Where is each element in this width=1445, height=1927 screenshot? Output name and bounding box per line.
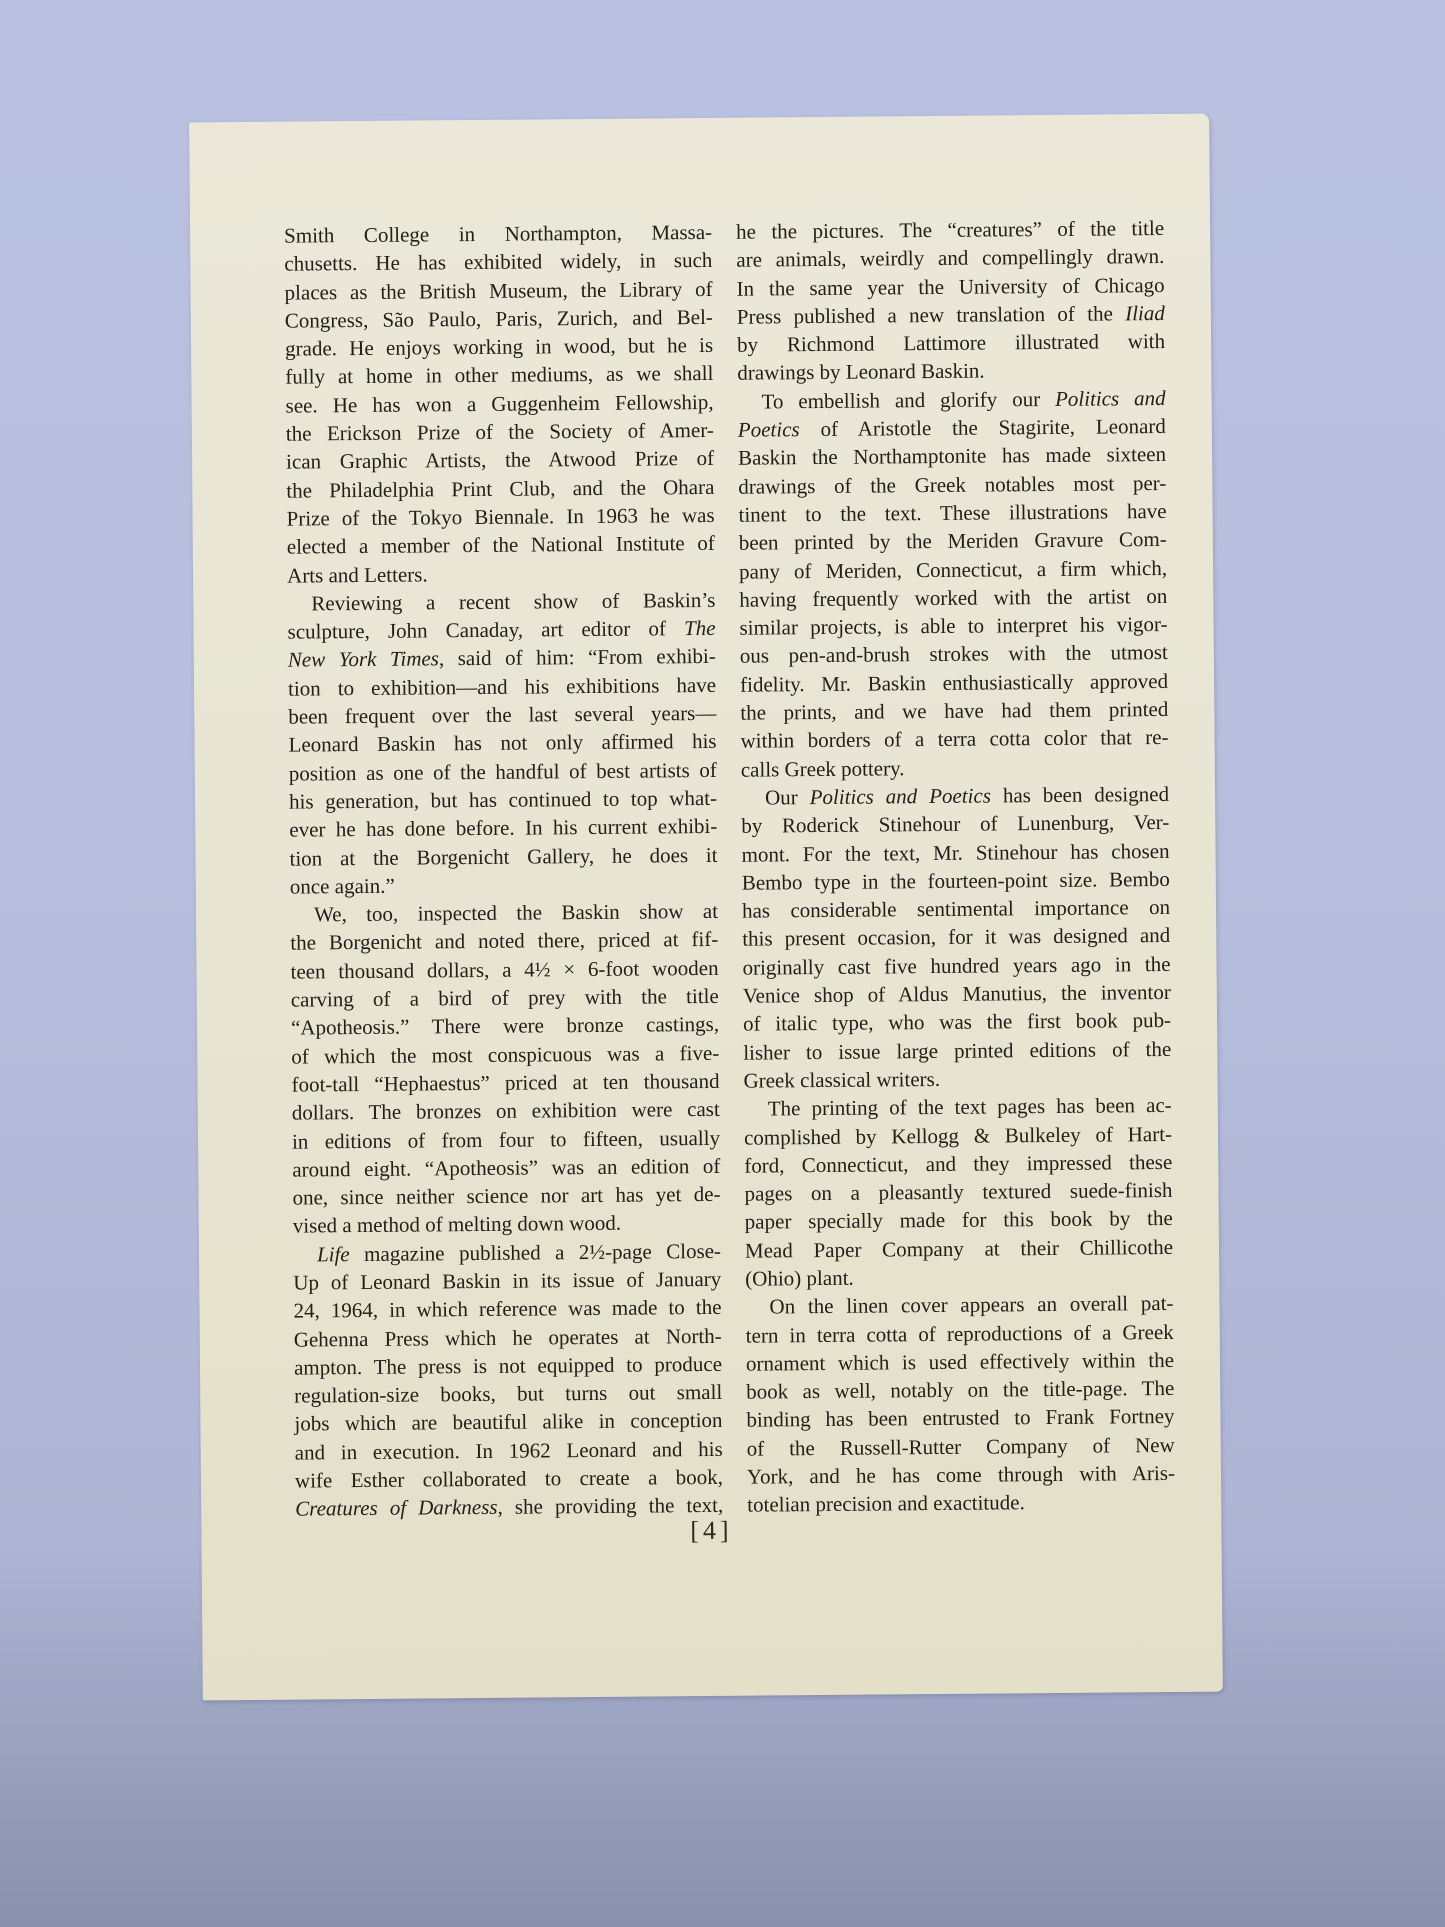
- text-line: he the pictures. The “creatures” of the …: [736, 214, 1164, 246]
- text-line: binding has been entrusted to Frank Fort…: [746, 1402, 1174, 1434]
- text-line: wife Esther collaborated to create a boo…: [295, 1463, 723, 1495]
- text-line: of italic type, who was the first book p…: [743, 1006, 1171, 1038]
- text-line: originally cast five hundred years ago i…: [742, 950, 1170, 982]
- text-line: dollars. The bronzes on exhibition were …: [292, 1095, 720, 1127]
- text-line: York, and he has come through with Aris-: [747, 1459, 1175, 1491]
- text-line: elected a member of the National Institu…: [287, 529, 715, 561]
- text-line: Life magazine published a 2½-page Close-: [293, 1237, 721, 1269]
- text-line: see. He has won a Guggenheim Fellowship,: [285, 388, 713, 420]
- text-line: fidelity. Mr. Baskin enthusiastically ap…: [740, 667, 1168, 699]
- text-line: has considerable sentimental importance …: [742, 893, 1170, 925]
- text-line: chusetts. He has exhibited widely, in su…: [284, 246, 712, 278]
- text-line: Prize of the Tokyo Biennale. In 1963 he …: [286, 501, 714, 533]
- text-line: vised a method of melting down wood.: [293, 1208, 721, 1240]
- text-columns: Smith College in Northampton, Massa-chus…: [284, 214, 1175, 1523]
- text-line: in editions of from four to fifteen, usu…: [292, 1123, 720, 1155]
- text-line: within borders of a terra cotta color th…: [740, 723, 1168, 755]
- text-line: ford, Connecticut, and they impressed th…: [744, 1148, 1172, 1180]
- text-line: Reviewing a recent show of Baskin’s: [287, 586, 715, 618]
- text-line: complished by Kellogg & Bulkeley of Hart…: [744, 1119, 1172, 1151]
- text-line: Our Politics and Poetics has been design…: [741, 780, 1169, 812]
- text-line: once again.”: [290, 869, 718, 901]
- text-line: been printed by the Meriden Gravure Com-: [739, 525, 1167, 557]
- text-line: paper specially made for this book by th…: [745, 1204, 1173, 1236]
- text-line: Gehenna Press which he operates at North…: [294, 1321, 722, 1353]
- text-line: ican Graphic Artists, the Atwood Prize o…: [286, 444, 714, 476]
- text-line: carving of a bird of prey with the title: [291, 982, 719, 1014]
- text-line: ornament which is used effectively withi…: [746, 1346, 1174, 1378]
- text-line: lisher to issue large printed editions o…: [743, 1035, 1171, 1067]
- text-line: Congress, São Paulo, Paris, Zurich, and …: [285, 303, 713, 335]
- text-line: 24, 1964, in which reference was made to…: [293, 1293, 721, 1325]
- text-line: We, too, inspected the Baskin show at: [290, 897, 718, 929]
- printed-page: Smith College in Northampton, Massa-chus…: [189, 114, 1223, 1701]
- text-line: around eight. “Apotheosis” was an editio…: [292, 1152, 720, 1184]
- text-line: ever he has done before. In his current …: [289, 812, 717, 844]
- text-line: the Borgenicht and noted there, priced a…: [290, 925, 718, 957]
- text-line: foot-tall “Hephaestus” priced at ten tho…: [291, 1067, 719, 1099]
- text-line: regulation-size books, but turns out sma…: [294, 1378, 722, 1410]
- text-line: tinent to the text. These illustrations …: [738, 497, 1166, 529]
- text-line: similar projects, is able to interpret h…: [739, 610, 1167, 642]
- text-line: tern in terra cotta of reproductions of …: [746, 1318, 1174, 1350]
- text-line: Bembo type in the fourteen-point size. B…: [742, 865, 1170, 897]
- text-line: Poetics of Aristotle the Stagirite, Leon…: [738, 412, 1166, 444]
- text-line: the prints, and we have had them printed: [740, 695, 1168, 727]
- text-line: To embellish and glorify our Politics an…: [737, 384, 1165, 416]
- text-line: tion at the Borgenicht Gallery, he does …: [289, 840, 717, 872]
- text-line: places as the British Museum, the Librar…: [284, 275, 712, 307]
- text-line: pany of Meriden, Connecticut, a firm whi…: [739, 554, 1167, 586]
- left-column: Smith College in Northampton, Massa-chus…: [284, 218, 723, 1523]
- text-line: by Richmond Lattimore illustrated with: [737, 327, 1165, 359]
- text-line: (Ohio) plant.: [745, 1261, 1173, 1293]
- text-line: of which the most conspicuous was a five…: [291, 1038, 719, 1070]
- text-line: position as one of the handful of best a…: [289, 756, 717, 788]
- text-line: grade. He enjoys working in wood, but he…: [285, 331, 713, 363]
- text-line: Mead Paper Company at their Chillicothe: [745, 1233, 1173, 1265]
- text-line: In the same year the University of Chica…: [736, 271, 1164, 303]
- text-line: New York Times, said of him: “From exhib…: [288, 642, 716, 674]
- text-line: On the linen cover appears an overall pa…: [745, 1289, 1173, 1321]
- text-line: drawings of the Greek notables most per-: [738, 469, 1166, 501]
- text-line: this present occasion, for it was design…: [742, 921, 1170, 953]
- text-line: the Philadelphia Print Club, and the Oha…: [286, 473, 714, 505]
- text-line: are animals, weirdly and compellingly dr…: [736, 242, 1164, 274]
- text-line: teen thousand dollars, a 4½ × 6-foot woo…: [290, 954, 718, 986]
- text-line: Smith College in Northampton, Massa-: [284, 218, 712, 250]
- text-line: tion to exhibition—and his exhibitions h…: [288, 671, 716, 703]
- text-line: The printing of the text pages has been …: [744, 1091, 1172, 1123]
- text-line: ous pen-and-brush strokes with the utmos…: [740, 638, 1168, 670]
- text-line: been frequent over the last several year…: [288, 699, 716, 731]
- text-line: Venice shop of Aldus Manutius, the inven…: [743, 978, 1171, 1010]
- text-line: jobs which are beautiful alike in concep…: [294, 1406, 722, 1438]
- text-line: drawings by Leonard Baskin.: [737, 355, 1165, 387]
- text-line: mont. For the text, Mr. Stinehour has ch…: [741, 836, 1169, 868]
- text-line: pages on a pleasantly textured suede-fin…: [744, 1176, 1172, 1208]
- text-line: Greek classical writers.: [743, 1063, 1171, 1095]
- right-column: he the pictures. The “creatures” of the …: [736, 214, 1175, 1519]
- text-line: Baskin the Northamptonite has made sixte…: [738, 440, 1166, 472]
- text-line: Leonard Baskin has not only affirmed his: [288, 727, 716, 759]
- text-line: Arts and Letters.: [287, 557, 715, 589]
- text-line: book as well, notably on the title-page.…: [746, 1374, 1174, 1406]
- text-line: his generation, but has continued to top…: [289, 784, 717, 816]
- text-line: having frequently worked with the artist…: [739, 582, 1167, 614]
- text-line: Press published a new translation of the…: [737, 299, 1165, 331]
- text-line: of the Russell-Rutter Company of New: [747, 1431, 1175, 1463]
- text-line: ampton. The press is not equipped to pro…: [294, 1350, 722, 1382]
- text-line: by Roderick Stinehour of Lunenburg, Ver-: [741, 808, 1169, 840]
- text-line: Up of Leonard Baskin in its issue of Jan…: [293, 1265, 721, 1297]
- text-line: and in execution. In 1962 Leonard and hi…: [295, 1435, 723, 1467]
- text-line: sculpture, John Canaday, art editor of T…: [287, 614, 715, 646]
- text-line: one, since neither science nor art has y…: [292, 1180, 720, 1212]
- text-line: the Erickson Prize of the Society of Ame…: [286, 416, 714, 448]
- text-line: “Apotheosis.” There were bronze castings…: [291, 1010, 719, 1042]
- text-line: fully at home in other mediums, as we sh…: [285, 359, 713, 391]
- text-line: calls Greek pottery.: [741, 752, 1169, 784]
